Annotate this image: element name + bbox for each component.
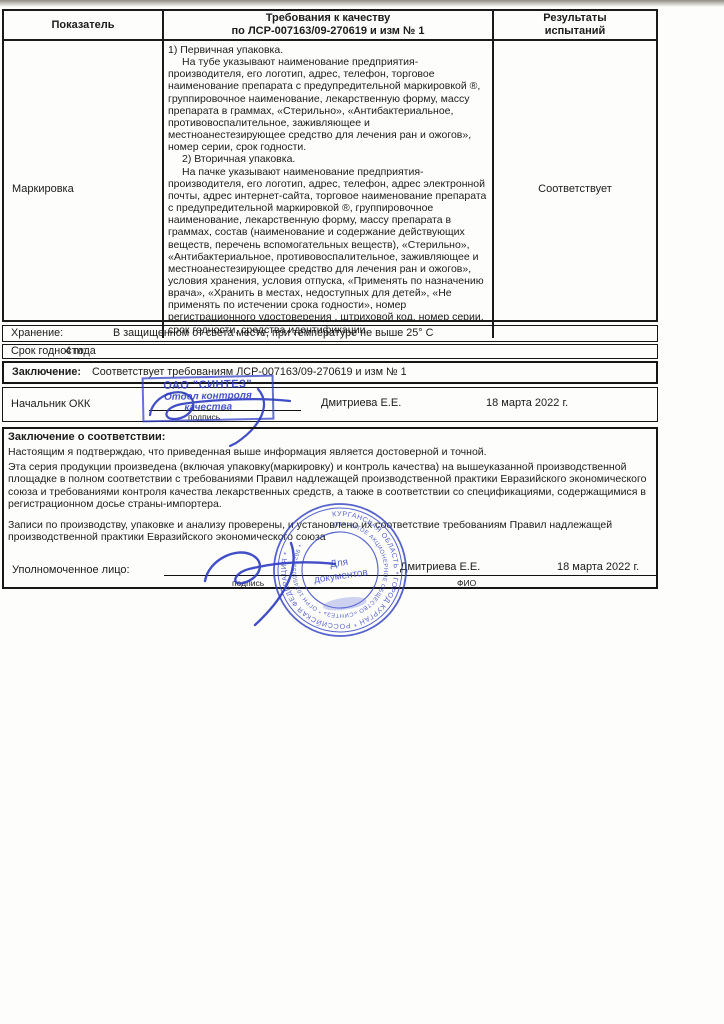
conformity-section: Заключение о соответствии: Настоящим я п… [2,427,658,589]
requirements-paragraph: 1) Первичная упаковка. [168,44,489,56]
storage-label: Хранение: [11,326,63,341]
conformity-paragraph-1: Настоящим я подтверждаю, что приведенная… [8,446,656,458]
okk-signature-line [149,410,301,411]
authorized-signature-line [164,575,656,576]
authorized-name: Дмитриева Е.Е. [400,561,480,573]
header-indicator-label: Показатель [51,19,114,32]
result-cell: Соответствует [494,41,656,338]
conclusion-label: Заключение: [12,363,81,382]
certificate-page: Показатель Требования к качеству по ЛСР-… [0,0,724,1024]
okk-signature-caption: подпись [188,412,220,422]
storage-row: Хранение: В защищенном от света месте, п… [2,325,658,342]
table-header-requirements: Требования к качеству по ЛСР-007163/09-2… [164,11,494,41]
conformity-paragraph-2: Эта серия продукции произведена (включая… [8,461,656,510]
table-header-results: Результаты испытаний [494,11,656,41]
okk-label: Начальник ОКК [11,398,90,410]
table-header-indicator: Показатель [4,11,164,41]
okk-signature-row: Начальник ОКК подпись Дмитриева Е.Е. 18 … [2,387,658,422]
okk-date: 18 марта 2022 г. [486,397,568,409]
header-results-line1: Результаты [543,12,606,25]
shelf-life-value: 4 года [65,345,96,358]
conclusion-row: Заключение: Соответствует требованиям ЛС… [2,361,658,384]
requirements-paragraph: На пачке указывают наименование предприя… [168,166,489,336]
storage-value: В защищенном от света месте, при темпера… [113,326,433,341]
header-results-line2: испытаний [545,25,606,38]
indicator-value: Маркировка [12,183,74,195]
authorized-date: 18 марта 2022 г. [557,561,639,573]
indicator-cell: Маркировка [4,41,164,338]
requirements-paragraph: На тубе указывают наименование предприят… [168,56,489,153]
authorized-fio-caption: ФИО [457,578,476,588]
authorized-signature-caption: подпись [232,578,264,588]
quality-table: Показатель Требования к качеству по ЛСР-… [2,9,658,322]
header-requirements-line2: по ЛСР-007163/09-270619 и изм № 1 [232,25,425,38]
authorized-person-label: Уполномоченное лицо: [12,564,130,576]
stamp-ink-smudge [322,595,367,613]
shelf-life-row: Срок годности: 4 года [2,344,658,359]
okk-name: Дмитриева Е.Е. [321,397,401,409]
result-value: Соответствует [538,183,612,195]
conformity-title: Заключение о соответствии: [8,431,165,443]
conformity-paragraph-3: Записи по производству, упаковке и анали… [8,519,656,544]
scan-edge-shadow [0,0,724,7]
requirements-cell: 1) Первичная упаковка. На тубе указывают… [164,41,494,338]
conclusion-value: Соответствует требованиям ЛСР-007163/09-… [92,363,407,382]
requirements-paragraph: 2) Вторичная упаковка. [168,153,489,165]
header-requirements-line1: Требования к качеству [266,12,391,25]
